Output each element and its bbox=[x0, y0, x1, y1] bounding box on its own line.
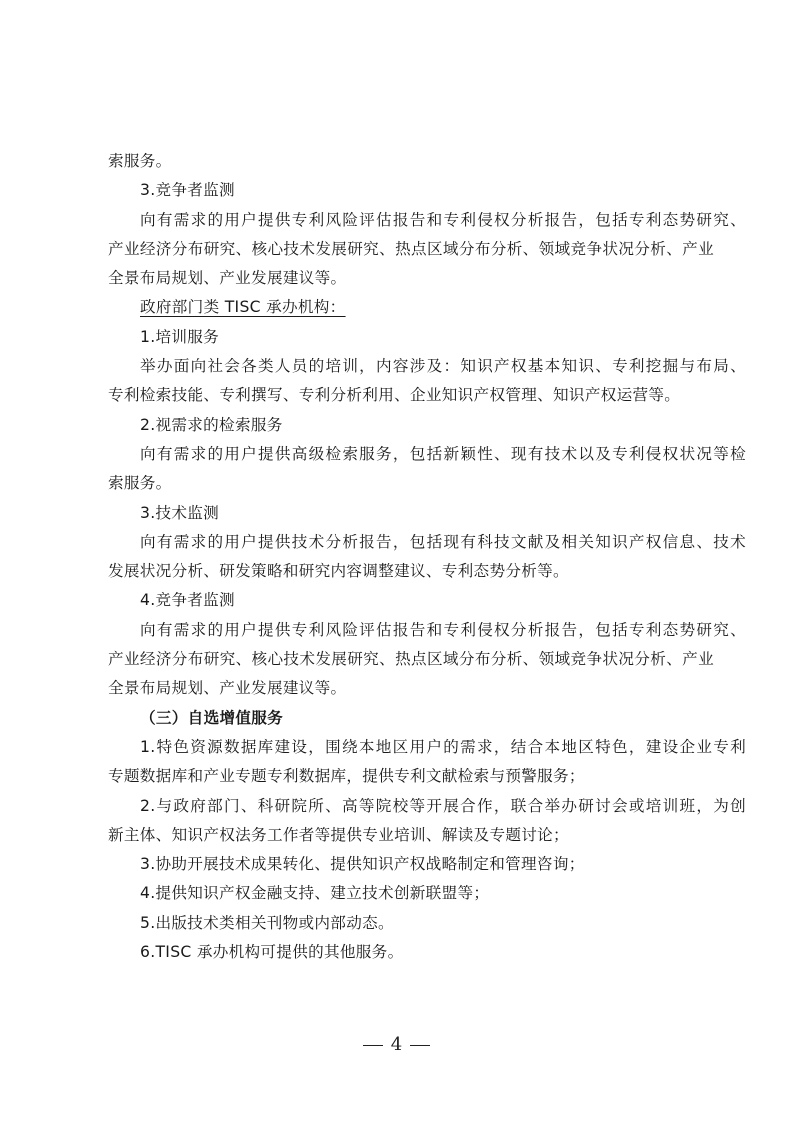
chapter-heading: （三）自选增值服务 bbox=[108, 704, 714, 733]
text-line: 举办面向社会各类人员的培训，内容涉及：知识产权基本知识、专利挖掘与布局、 bbox=[108, 352, 746, 381]
section-heading: 4.竞争者监测 bbox=[108, 586, 714, 615]
text-line: 索服务。 bbox=[108, 147, 714, 176]
page-number: 4 bbox=[391, 1034, 402, 1055]
section-heading: 1.培训服务 bbox=[108, 323, 714, 352]
document-body: 索服务。 3.竞争者监测 向有需求的用户提供专利风险评估报告和专利侵权分析报告，… bbox=[108, 147, 714, 967]
section-heading: 2.视需求的检索服务 bbox=[108, 411, 714, 440]
text-line: 3.协助开展技术成果转化、提供知识产权战略制定和管理咨询； bbox=[108, 850, 714, 879]
text-line: 全景布局规划、产业发展建议等。 bbox=[108, 674, 714, 703]
section-heading: 3.技术监测 bbox=[108, 499, 714, 528]
text-line: 索服务。 bbox=[108, 469, 714, 498]
dash-left bbox=[363, 1045, 383, 1046]
text-line: 向有需求的用户提供高级检索服务，包括新颖性、现有技术以及专利侵权状况等检 bbox=[108, 440, 746, 469]
text-line: 发展状况分析、研发策略和研究内容调整建议、专利态势分析等。 bbox=[108, 557, 714, 586]
text-line: 产业经济分布研究、核心技术发展研究、热点区域分布分析、领域竞争状况分析、产业 bbox=[108, 235, 714, 264]
text-line: 全景布局规划、产业发展建议等。 bbox=[108, 264, 714, 293]
text-line: 向有需求的用户提供技术分析报告，包括现有科技文献及相关知识产权信息、技术 bbox=[108, 528, 746, 557]
text-line: 新主体、知识产权法务工作者等提供专业培训、解读及专题讨论； bbox=[108, 821, 714, 850]
text-line: 产业经济分布研究、核心技术发展研究、热点区域分布分析、领域竞争状况分析、产业 bbox=[108, 645, 714, 674]
subsection-label: 政府部门类 TISC 承办机构： bbox=[108, 293, 714, 322]
text-line: 向有需求的用户提供专利风险评估报告和专利侵权分析报告，包括专利态势研究、 bbox=[108, 616, 746, 645]
underlined-label: 政府部门类 TISC 承办机构： bbox=[140, 298, 346, 316]
text-line: 专题数据库和产业专题专利数据库，提供专利文献检索与预警服务； bbox=[108, 762, 714, 791]
text-line: 向有需求的用户提供专利风险评估报告和专利侵权分析报告，包括专利态势研究、 bbox=[108, 206, 746, 235]
text-line: 2.与政府部门、科研院所、高等院校等开展合作，联合举办研讨会或培训班，为创 bbox=[108, 792, 746, 821]
text-line: 1.特色资源数据库建设，围绕本地区用户的需求，结合本地区特色，建设企业专利 bbox=[108, 733, 746, 762]
text-line: 专利检索技能、专利撰写、专利分析利用、企业知识产权管理、知识产权运营等。 bbox=[108, 381, 714, 410]
page-footer: 4 bbox=[0, 1034, 793, 1055]
text-line: 5.出版技术类相关刊物或内部动态。 bbox=[108, 909, 714, 938]
section-heading: 3.竞争者监测 bbox=[108, 176, 714, 205]
text-line: 4.提供知识产权金融支持、建立技术创新联盟等； bbox=[108, 879, 714, 908]
text-line: 6.TISC 承办机构可提供的其他服务。 bbox=[108, 938, 714, 967]
dash-right bbox=[410, 1045, 430, 1046]
